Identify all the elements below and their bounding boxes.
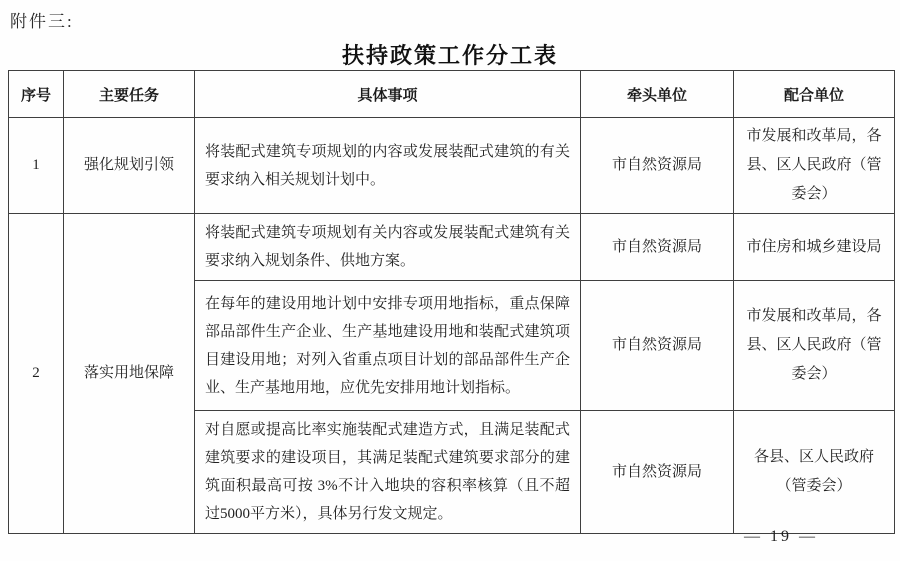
work-division-table: 序号 主要任务 具体事项 牵头单位 配合单位 1 强化规划引领 将装配式建筑专项… xyxy=(8,70,895,534)
table-header-row: 序号 主要任务 具体事项 牵头单位 配合单位 xyxy=(9,71,895,118)
page-number: — 19 — xyxy=(744,528,818,546)
page-title: 扶持政策工作分工表 xyxy=(0,39,900,70)
support-unit-cell: 各县、区人民政府（管委会） xyxy=(734,411,895,534)
table-row: 1 强化规划引领 将装配式建筑专项规划的内容或发展装配式建筑的有关要求纳入相关规… xyxy=(9,118,895,214)
lead-unit-cell: 市自然资源局 xyxy=(581,411,734,534)
support-unit-cell: 市发展和改革局，各县、区人民政府（管委会） xyxy=(734,281,895,411)
table-row: 2 落实用地保障 将装配式建筑专项规划有关内容或发展装配式建筑有关要求纳入规划条… xyxy=(9,214,895,281)
lead-unit-cell: 市自然资源局 xyxy=(581,118,734,214)
lead-unit-cell: 市自然资源局 xyxy=(581,214,734,281)
support-unit-cell: 市发展和改革局，各县、区人民政府（管委会） xyxy=(734,118,895,214)
seq-cell: 2 xyxy=(9,214,64,534)
main-task-cell: 落实用地保障 xyxy=(64,214,195,534)
lead-unit-cell: 市自然资源局 xyxy=(581,281,734,411)
header-support-unit: 配合单位 xyxy=(734,71,895,118)
attachment-label: 附件三: xyxy=(10,7,74,32)
header-specific-item: 具体事项 xyxy=(195,71,581,118)
header-lead-unit: 牵头单位 xyxy=(581,71,734,118)
header-seq: 序号 xyxy=(9,71,64,118)
main-task-cell: 强化规划引领 xyxy=(64,118,195,214)
detail-cell: 在每年的建设用地计划中安排专项用地指标，重点保障部品部件生产企业、生产基地建设用… xyxy=(195,281,581,411)
detail-cell: 对自愿或提高比率实施装配式建造方式，且满足装配式建筑要求的建设项目，其满足装配式… xyxy=(195,411,581,534)
seq-cell: 1 xyxy=(9,118,64,214)
detail-cell: 将装配式建筑专项规划的内容或发展装配式建筑的有关要求纳入相关规划计划中。 xyxy=(195,118,581,214)
support-unit-cell: 市住房和城乡建设局 xyxy=(734,214,895,281)
detail-cell: 将装配式建筑专项规划有关内容或发展装配式建筑有关要求纳入规划条件、供地方案。 xyxy=(195,214,581,281)
header-main-task: 主要任务 xyxy=(64,71,195,118)
